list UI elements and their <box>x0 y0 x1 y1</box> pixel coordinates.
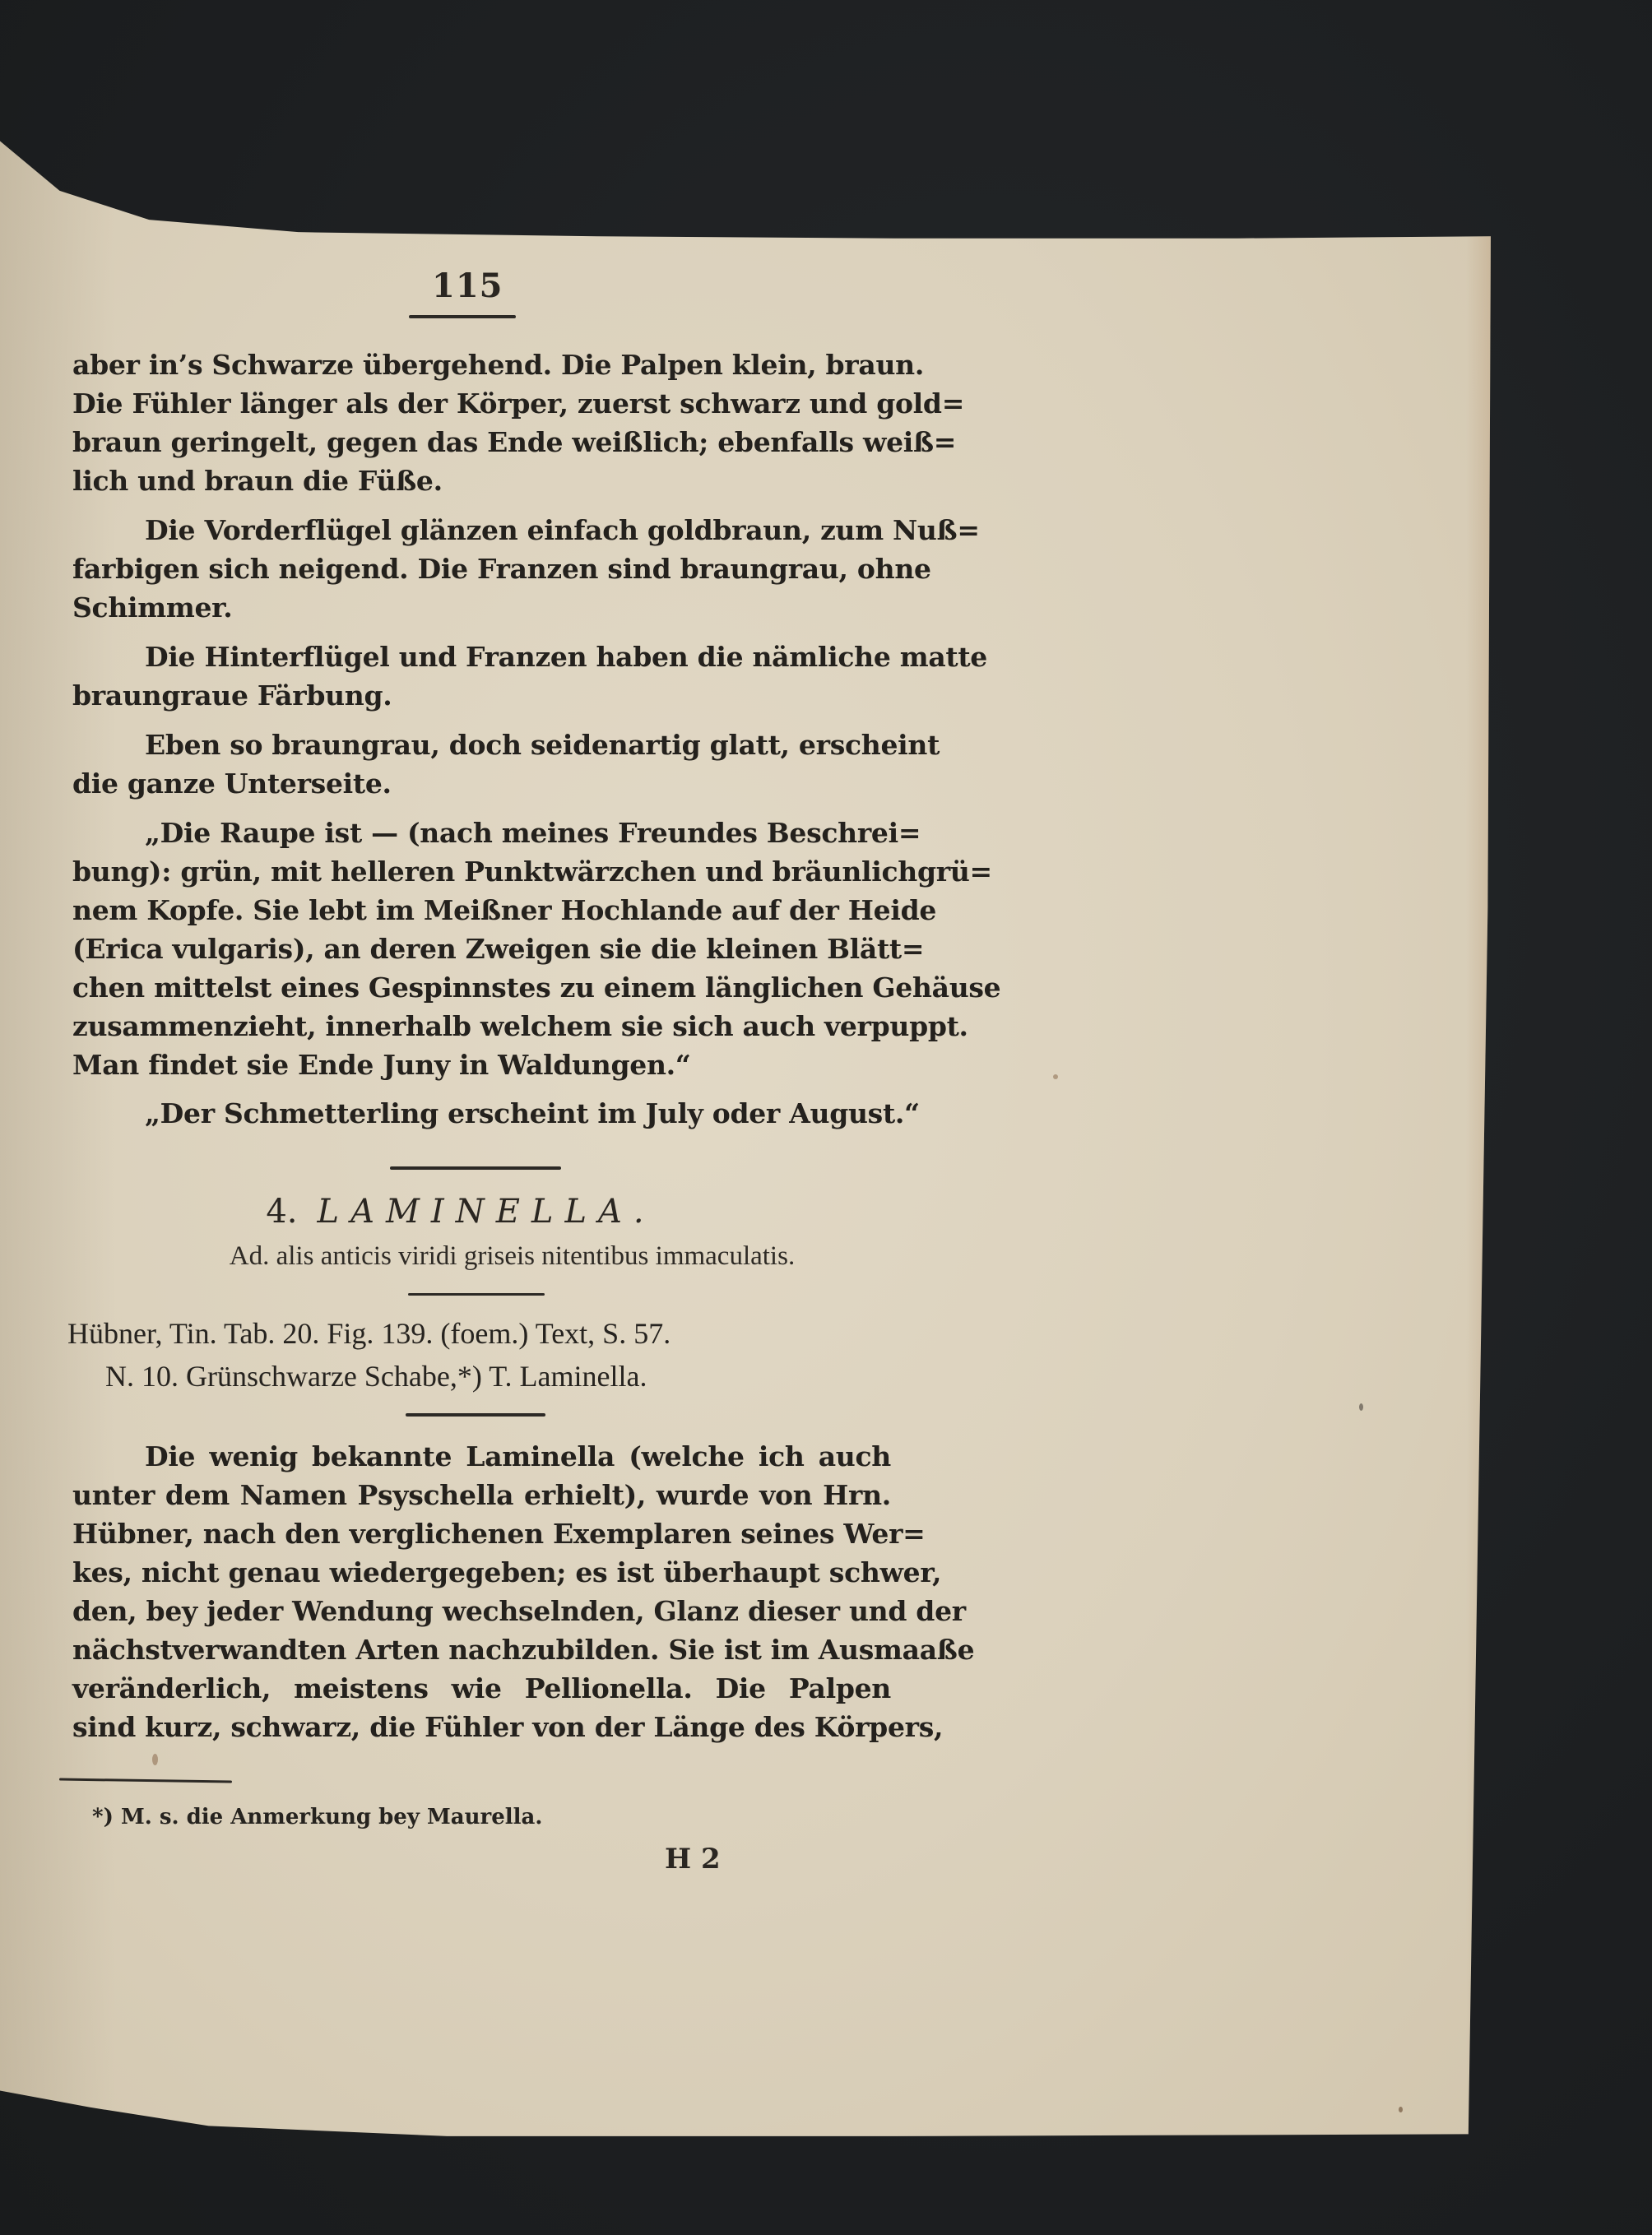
text-line: farbigen sich neigend. Die Franzen sind … <box>72 550 891 588</box>
reference-line: Hübner, Tin. Tab. 20. Fig. 139. (foem.) … <box>67 1316 671 1351</box>
paper-speck <box>1399 2107 1403 2112</box>
text-line: chen mittelst eines Gespinnstes zu einem… <box>72 969 891 1007</box>
book-page: 115 aber in’s Schwarze übergehend. Die P… <box>0 79 1491 2149</box>
text-line: „Die Raupe ist — (nach meines Freundes B… <box>72 814 891 852</box>
text-line: Die Fühler länger als der Körper, zuerst… <box>72 385 891 423</box>
paper-speck <box>1359 1403 1363 1411</box>
text-line: veränderlich, meistens wie Pellionella. … <box>72 1670 891 1708</box>
text-line: Hübner, nach den verglichenen Exemplaren… <box>72 1515 891 1553</box>
species-name: LAMINELLA. <box>318 1193 656 1231</box>
paper-speck <box>1053 1074 1058 1079</box>
text-line: Man findet sie Ende Juny in Waldungen.“ <box>72 1046 891 1084</box>
text-line: (Erica vulgaris), an deren Zweigen sie d… <box>72 930 891 968</box>
text-line: „Der Schmetterling erscheint im July ode… <box>72 1095 891 1133</box>
text-line: braun geringelt, gegen das Ende weißlich… <box>72 424 891 461</box>
footnote: *) M. s. die Anmerkung bey Maurella. <box>92 1805 542 1829</box>
species-number: 4. <box>266 1193 297 1231</box>
text-line: die ganze Unterseite. <box>72 765 891 803</box>
text-line: bung): grün, mit helleren Punktwärzchen … <box>72 853 891 891</box>
text-line: Schimmer. <box>72 589 891 627</box>
text-line: aber in’s Schwarze übergehend. Die Palpe… <box>72 346 891 384</box>
text-line: Eben so braungrau, doch seidenartig glat… <box>72 726 891 764</box>
signature-mark: H 2 <box>665 1843 721 1876</box>
footnote-rule <box>59 1778 232 1783</box>
paper-speck <box>152 1754 158 1765</box>
text-line: nächstverwandten Arten nachzubilden. Sie… <box>72 1631 891 1669</box>
reference-line: N. 10. Grünschwarze Schabe,*) T. Laminel… <box>105 1359 647 1393</box>
species-diagnosis: Ad. alis anticis viridi griseis nitentib… <box>132 1241 893 1272</box>
text-line: braungraue Färbung. <box>72 677 891 715</box>
text-line: Die Vorderflügel glänzen einfach goldbra… <box>72 512 891 549</box>
reference-divider <box>406 1413 545 1417</box>
section-divider <box>390 1166 561 1170</box>
text-line: den, bey jeder Wendung wechselnden, Glan… <box>72 1593 891 1630</box>
page-number: 115 <box>432 267 503 305</box>
text-line: unter dem Namen Psyschella erhielt), wur… <box>72 1477 891 1514</box>
text-line: lich und braun die Füße. <box>72 462 891 500</box>
species-heading: 4.LAMINELLA. <box>0 1193 921 1231</box>
text-line: nem Kopfe. Sie lebt im Meißner Hochlande… <box>72 892 891 930</box>
text-line: zusammenzieht, innerhalb welchem sie sic… <box>72 1008 891 1046</box>
text-line: Die Hinterflügel und Franzen haben die n… <box>72 638 891 676</box>
text-line: sind kurz, schwarz, die Fühler von der L… <box>72 1709 891 1746</box>
diagnosis-divider <box>408 1293 545 1296</box>
text-line: kes, nicht genau wiedergegeben; es ist ü… <box>72 1554 891 1592</box>
header-rule <box>409 315 516 318</box>
text-line: Die wenig bekannte Laminella (welche ich… <box>72 1438 891 1476</box>
